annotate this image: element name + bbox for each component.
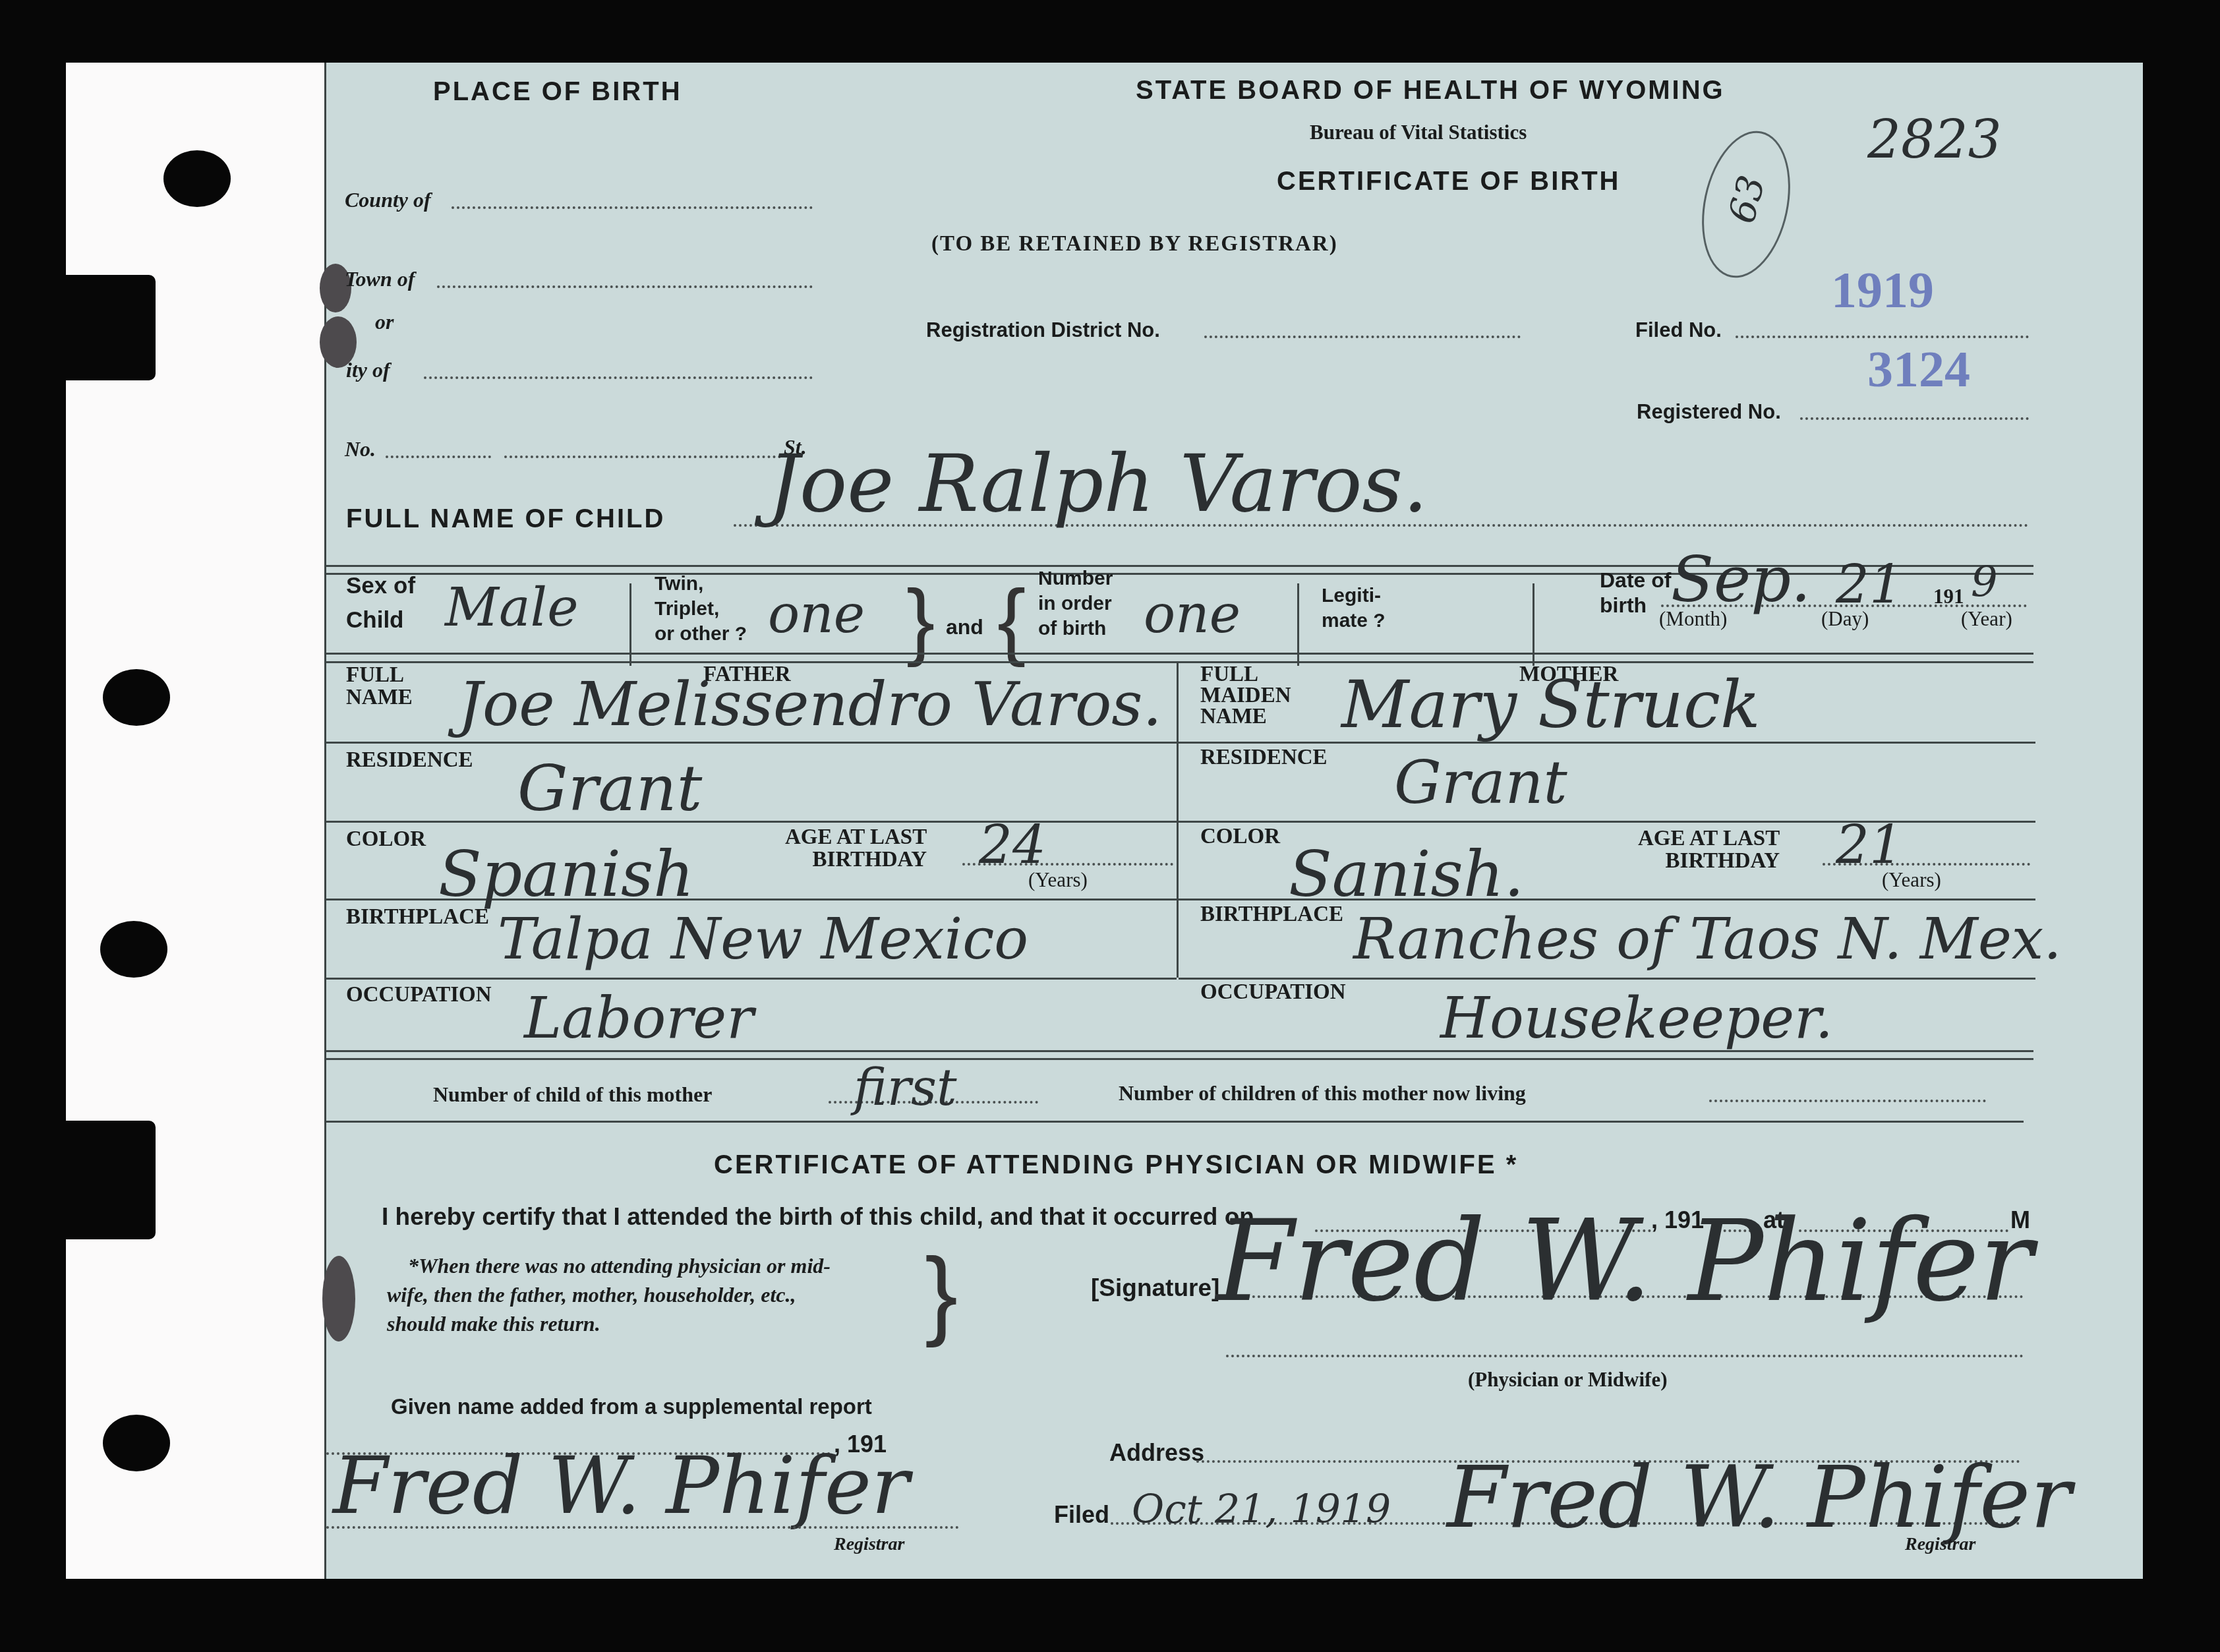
filed-no-label: Filed No. xyxy=(1635,318,1722,342)
filed-date-value: Oct 21, 1919 xyxy=(1132,1487,1391,1533)
mother-age-value: 21 xyxy=(1836,814,1903,875)
registered-no-field[interactable] xyxy=(1800,417,2029,420)
and-label: and xyxy=(946,615,983,639)
registrar-caption-2: Registrar xyxy=(1905,1534,1975,1555)
physician-signature: Fred W. Phifer xyxy=(1216,1196,2033,1327)
divider xyxy=(326,1058,2033,1060)
mother-color-value: Sanish. xyxy=(1289,837,1524,911)
filed-signature: Fred W. Phifer xyxy=(1447,1447,2071,1547)
father-residence-label: RESIDENCE xyxy=(346,748,473,773)
living-children-label: Number of children of this mother now li… xyxy=(1119,1081,1526,1106)
twin-value: one xyxy=(768,583,865,645)
street-number-label: No. xyxy=(345,437,376,461)
registrar-signature-field[interactable] xyxy=(326,1526,959,1529)
registration-district-label: Registration District No. xyxy=(926,318,1160,342)
divider xyxy=(326,978,1177,980)
sex-label: Sex of Child xyxy=(346,569,415,637)
mother-name-value: Mary Struck xyxy=(1341,666,1761,743)
month-caption: (Month) xyxy=(1659,607,1727,631)
registered-no-label: Registered No. xyxy=(1637,400,1781,424)
supplemental-label: Given name added from a supplemental rep… xyxy=(391,1394,872,1419)
punch-hole xyxy=(100,921,167,978)
binder-notch xyxy=(66,1121,156,1239)
town-label: Town of xyxy=(345,267,415,291)
physician-role-caption: (Physician or Midwife) xyxy=(1468,1368,1668,1392)
father-age-label: AGE AT LAST BIRTHDAY xyxy=(785,826,927,871)
mother-occupation-label: OCCUPATION xyxy=(1200,980,1346,1005)
handwritten-number: 2823 xyxy=(1867,109,2002,170)
note-brace: } xyxy=(925,1236,958,1350)
city-label: ity of xyxy=(346,358,390,382)
child-number-label: Number of child of this mother xyxy=(433,1082,712,1107)
father-occupation-label: OCCUPATION xyxy=(346,983,492,1007)
county-label: County of xyxy=(345,188,431,212)
father-years-caption: (Years) xyxy=(1028,868,1088,892)
physician-heading: CERTIFICATE OF ATTENDING PHYSICIAN OR MI… xyxy=(714,1150,1518,1180)
father-name-label: FULL NAME xyxy=(346,664,413,709)
birth-order-value: one xyxy=(1144,583,1241,645)
mother-residence-value: Grant xyxy=(1394,748,1567,817)
divider xyxy=(326,742,1177,744)
town-field[interactable] xyxy=(437,285,813,288)
or-label: or xyxy=(375,310,394,334)
retained-note: (TO BE RETAINED BY REGISTRAR) xyxy=(931,232,1338,256)
father-birthplace-label: BIRTHPLACE xyxy=(346,905,489,929)
father-color-value: Spanish xyxy=(438,837,694,911)
city-field[interactable] xyxy=(424,376,813,379)
mother-age-label: AGE AT LAST BIRTHDAY xyxy=(1638,827,1780,872)
supplemental-signature: Fred W. Phifer xyxy=(333,1440,909,1532)
father-name-value: Joe Melissendro Varos. xyxy=(458,669,1162,740)
father-color-label: COLOR xyxy=(346,827,426,852)
child-number-value: first xyxy=(854,1058,957,1117)
punch-hole xyxy=(163,150,231,207)
place-of-birth-heading: PLACE OF BIRTH xyxy=(433,77,682,107)
parents-divider xyxy=(1177,663,1179,978)
father-residence-value: Grant xyxy=(517,752,702,825)
child-name-label: FULL NAME OF CHILD xyxy=(346,504,665,534)
binder-notch xyxy=(66,275,156,380)
living-children-field[interactable] xyxy=(1709,1100,1986,1102)
father-occupation-value: Laborer xyxy=(524,986,753,1051)
street-number-field[interactable] xyxy=(386,456,491,458)
stamp-number: 3124 xyxy=(1867,339,1970,399)
dob-day-value: 21 xyxy=(1836,554,1903,615)
legitimate-field[interactable] xyxy=(1407,583,1598,663)
county-field[interactable] xyxy=(452,206,813,209)
dob-year-prefix: 191 xyxy=(1933,585,1964,608)
child-name-value: Joe Ralph Varos. xyxy=(768,438,1428,530)
divider xyxy=(326,821,1177,823)
mother-color-label: COLOR xyxy=(1200,825,1280,849)
sex-value: Male xyxy=(445,577,579,638)
no-physician-note: *When there was no attending physician o… xyxy=(387,1251,831,1338)
dob-year-digit: 9 xyxy=(1971,558,1998,607)
birth-certificate: PLACE OF BIRTH STATE BOARD OF HEALTH OF … xyxy=(324,63,2143,1579)
father-birthplace-value: Talpa New Mexico xyxy=(498,906,1028,972)
dob-month-value: Sep. xyxy=(1671,544,1811,616)
registration-district-field[interactable] xyxy=(1204,336,1521,338)
board-heading: STATE BOARD OF HEALTH OF WYOMING xyxy=(1136,76,1725,105)
father-age-value: 24 xyxy=(979,814,1046,875)
year-caption: (Year) xyxy=(1961,607,2012,631)
birth-order-label: Number in order of birth xyxy=(1038,566,1113,641)
seal-mark xyxy=(322,1256,355,1342)
mother-name-label: FULL MAIDEN NAME xyxy=(1200,664,1291,727)
certify-text: I hereby certify that I attended the bir… xyxy=(382,1203,1254,1231)
registrar-caption: Registrar xyxy=(834,1534,904,1555)
street-name-field[interactable] xyxy=(504,456,781,458)
bureau-subheading: Bureau of Vital Statistics xyxy=(1310,121,1527,144)
mother-birthplace-value: Ranches of Taos N. Mex. xyxy=(1353,906,2062,972)
mother-years-caption: (Years) xyxy=(1882,868,1941,892)
legitimate-label: Legiti- mate ? xyxy=(1322,583,1386,634)
divider xyxy=(326,661,2033,663)
stamp-year: 1919 xyxy=(1831,260,1934,320)
twin-label: Twin, Triplet, or other ? xyxy=(655,572,747,647)
divider xyxy=(1179,978,2035,980)
mother-residence-label: RESIDENCE xyxy=(1200,746,1328,770)
mother-birthplace-label: BIRTHPLACE xyxy=(1200,902,1343,927)
filed-label: Filed xyxy=(1054,1501,1109,1529)
divider xyxy=(326,653,2033,655)
day-caption: (Day) xyxy=(1821,607,1869,631)
binder-stub: 19-2823 xyxy=(66,63,324,1579)
certificate-title: CERTIFICATE OF BIRTH xyxy=(1277,167,1620,196)
signature-field-line-2[interactable] xyxy=(1226,1355,2024,1357)
filed-no-field[interactable] xyxy=(1736,336,2029,338)
address-label: Address xyxy=(1109,1439,1204,1467)
punch-hole xyxy=(103,669,170,726)
mother-occupation-value: Housekeeper. xyxy=(1440,986,1833,1051)
punch-hole xyxy=(103,1415,170,1471)
divider xyxy=(1179,821,2035,823)
signature-label: [Signature] xyxy=(1091,1274,1219,1302)
divider xyxy=(326,1121,2024,1123)
